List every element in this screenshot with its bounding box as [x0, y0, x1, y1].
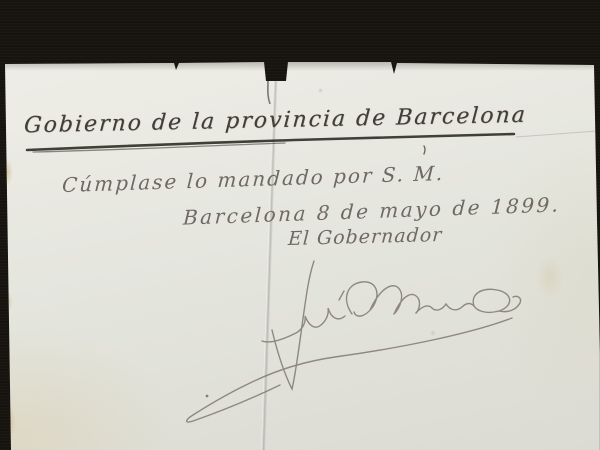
title-underline [27, 134, 514, 150]
horizontal-crease [516, 131, 597, 137]
signature-accent [339, 291, 344, 300]
signature-stroke-arina [416, 303, 474, 313]
document-paper: Gobierno de la provincia de Barcelona Cú… [0, 0, 600, 450]
stray-mark [424, 146, 425, 154]
signature-rubric-flourish [187, 318, 512, 422]
ink-strokes-overlay [0, 0, 600, 450]
paper-crack [268, 80, 270, 104]
signature-stroke-v-descender [272, 261, 314, 389]
signature [187, 261, 521, 422]
signature-stroke-end-loop [473, 289, 520, 312]
ink-dot [206, 395, 209, 398]
photographed-document: Gobierno de la provincia de Barcelona Cú… [0, 0, 600, 450]
signature-stroke-m-loops [347, 282, 420, 316]
